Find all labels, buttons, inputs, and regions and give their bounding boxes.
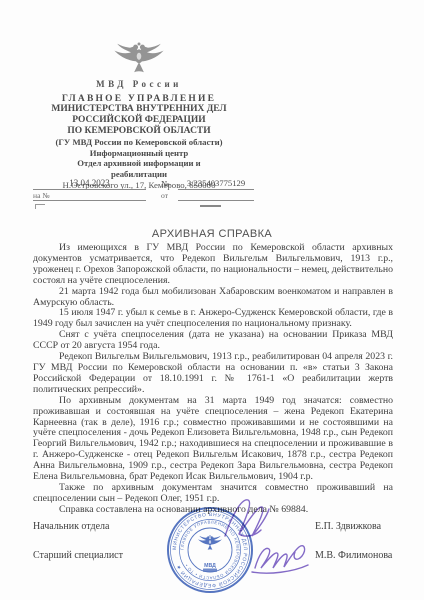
signature-ink-specialist	[255, 546, 305, 568]
handwritten-signatures	[195, 478, 345, 588]
body-paragraph: 15 июля 1947 г. убыл к семье в г. Анжеро…	[33, 308, 393, 330]
ref-date-value: 13.04.2023	[33, 178, 146, 190]
letterhead-line-region: ПО КЕМЕРОВСКОЙ ОБЛАСТИ	[34, 126, 244, 137]
form-right-mark	[200, 205, 221, 207]
ref-on-number-field	[33, 190, 146, 201]
signature-position-head: Начальник отдела	[33, 521, 110, 532]
ref-number-value: 3/235403775129	[178, 178, 254, 190]
ref-from-label: от	[161, 191, 168, 200]
signature-position-specialist: Старший специалист	[33, 550, 123, 561]
letterhead-line-federation: РОССИЙСКОЙ ФЕДЕРАЦИИ	[34, 115, 244, 126]
signature-ink-head	[225, 500, 269, 536]
letterhead-line-ministry: МИНИСТЕРСТВА ВНУТРЕННИХ ДЕЛ	[34, 104, 244, 115]
document-body: Из имеющихся в ГУ МВД России по Кемеровс…	[33, 243, 393, 516]
letterhead: МВД России ГЛАВНОЕ УПРАВЛЕНИЕ МИНИСТЕРСТ…	[34, 42, 244, 191]
reference-block: 13.04.2023 № 3/235403775129 на № от	[33, 178, 258, 202]
document-page: МВД России ГЛАВНОЕ УПРАВЛЕНИЕ МИНИСТЕРСТ…	[0, 0, 424, 600]
letterhead-line-abbrev: (ГУ МВД России по Кемеровской области)	[34, 137, 244, 148]
ref-number-sign: №	[161, 179, 170, 189]
letterhead-line-main-directorate: ГЛАВНОЕ УПРАВЛЕНИЕ	[34, 94, 244, 104]
signature-ink-head-flourish	[239, 530, 261, 536]
body-paragraph: Снят с учёта спецпоселения (дата не указ…	[33, 330, 393, 352]
letterhead-line-info-center: Информационный центр	[34, 148, 244, 159]
body-paragraph: Редекоп Вильгельм Вильгельмович, 1913 г.…	[33, 352, 393, 396]
letterhead-agency: МВД России	[34, 79, 244, 89]
body-paragraph: 21 марта 1942 года был мобилизован Хабар…	[33, 287, 393, 309]
form-corner-mark	[35, 204, 45, 209]
mvd-eagle-emblem-icon	[108, 42, 170, 74]
ref-from-field	[178, 190, 254, 201]
body-paragraph: По архивным документам на 31 марта 1949 …	[33, 396, 393, 483]
body-paragraph: Из имеющихся в ГУ МВД России по Кемеровс…	[33, 243, 393, 287]
letterhead-line-archive-dept: Отдел архивной информации и	[34, 158, 244, 169]
document-title: АРХИВНАЯ СПРАВКА	[0, 228, 424, 240]
signature-ink-specialist-underline	[252, 565, 308, 573]
